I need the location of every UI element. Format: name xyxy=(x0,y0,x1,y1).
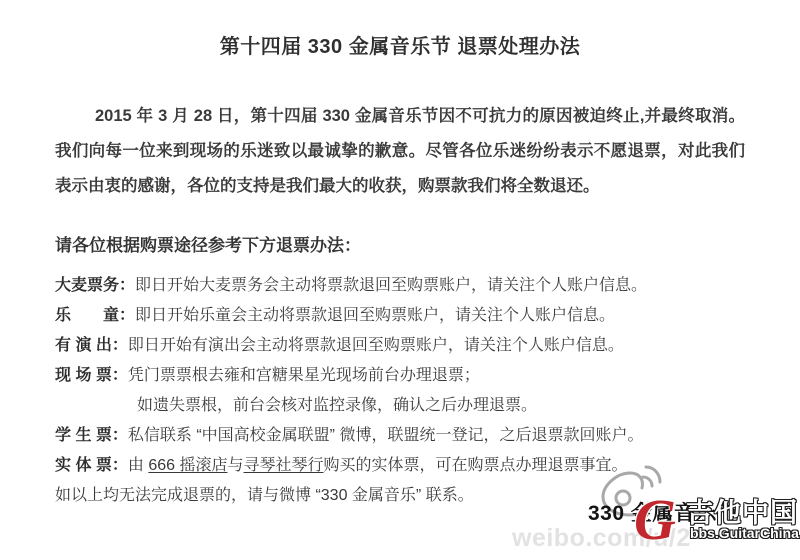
refund-item-label: 大麦票务： xyxy=(55,277,135,294)
refund-item-label: 现 场 票： xyxy=(55,367,128,384)
refund-item-label: 实 体 票： xyxy=(55,457,128,474)
refund-item-onsite: 现 场 票：凭门票票根去雍和宫糖果星光现场前台办理退票； 如遗失票根，前台会核对… xyxy=(55,361,745,421)
page-title: 第十四届 330 金属音乐节 退票处理办法 xyxy=(55,30,745,59)
refund-item-text: 凭门票票根去雍和宫糖果星光现场前台办理退票； xyxy=(128,367,480,384)
closing-line: 如以上均无法完成退票的，请与微博 “330 金属音乐” 联系。 xyxy=(55,481,745,511)
refund-item-text: 与 xyxy=(228,457,244,474)
store-link-666-rock-shop: 666 摇滚店 xyxy=(148,457,227,474)
refund-item-physical: 实 体 票：由 666 摇滚店与寻琴社琴行购买的实体票，可在购票点办理退票事宜。 xyxy=(55,451,745,481)
refund-item-label: 有 演 出： xyxy=(55,337,128,354)
refund-item-text-continued: 如遗失票根，前台会核对监控录像，确认之后办理退票。 xyxy=(55,391,745,421)
guitarchina-site-url: bbs.GuitarChina.com xyxy=(690,525,800,541)
refund-item-text: 即日开始有演出会主动将票款退回至购票账户，请关注个人账户信息。 xyxy=(128,337,624,354)
refund-notice-poster: 第十四届 330 金属音乐节 退票处理办法 2015 年 3 月 28 日，第十… xyxy=(0,30,800,511)
intro-paragraph: 2015 年 3 月 28 日，第十四届 330 金属音乐节因不可抗力的原因被迫… xyxy=(55,99,745,204)
refund-item-letong: 乐 童：即日开始乐童会主动将票款退回至购票账户，请关注个人账户信息。 xyxy=(55,301,745,331)
refund-item-text: 即日开始乐童会主动将票款退回至购票账户，请关注个人账户信息。 xyxy=(135,307,615,324)
refund-item-label: 学 生 票： xyxy=(55,427,128,444)
refund-item-text: 私信联系 “中国高校金属联盟” 微博，联盟统一登记，之后退票款回账户。 xyxy=(128,427,644,444)
refund-method-list: 大麦票务：即日开始大麦票务会主动将票款退回至购票账户，请关注个人账户信息。 乐 … xyxy=(55,271,745,481)
store-link-xunqinshe: 寻琴社琴行 xyxy=(244,457,324,474)
refund-item-label: 乐 童： xyxy=(55,307,135,324)
section-heading: 请各位根据购票途径参考下方退票办法： xyxy=(55,231,745,256)
refund-item-youyanchu: 有 演 出：即日开始有演出会主动将票款退回至购票账户，请关注个人账户信息。 xyxy=(55,331,745,361)
refund-item-student: 学 生 票：私信联系 “中国高校金属联盟” 微博，联盟统一登记，之后退票款回账户… xyxy=(55,421,745,451)
refund-item-damai: 大麦票务：即日开始大麦票务会主动将票款退回至购票账户，请关注个人账户信息。 xyxy=(55,271,745,301)
refund-item-text: 由 xyxy=(128,457,148,474)
refund-item-text: 购买的实体票，可在购票点办理退票事宜。 xyxy=(324,457,628,474)
refund-item-text: 即日开始大麦票务会主动将票款退回至购票账户，请关注个人账户信息。 xyxy=(135,277,647,294)
